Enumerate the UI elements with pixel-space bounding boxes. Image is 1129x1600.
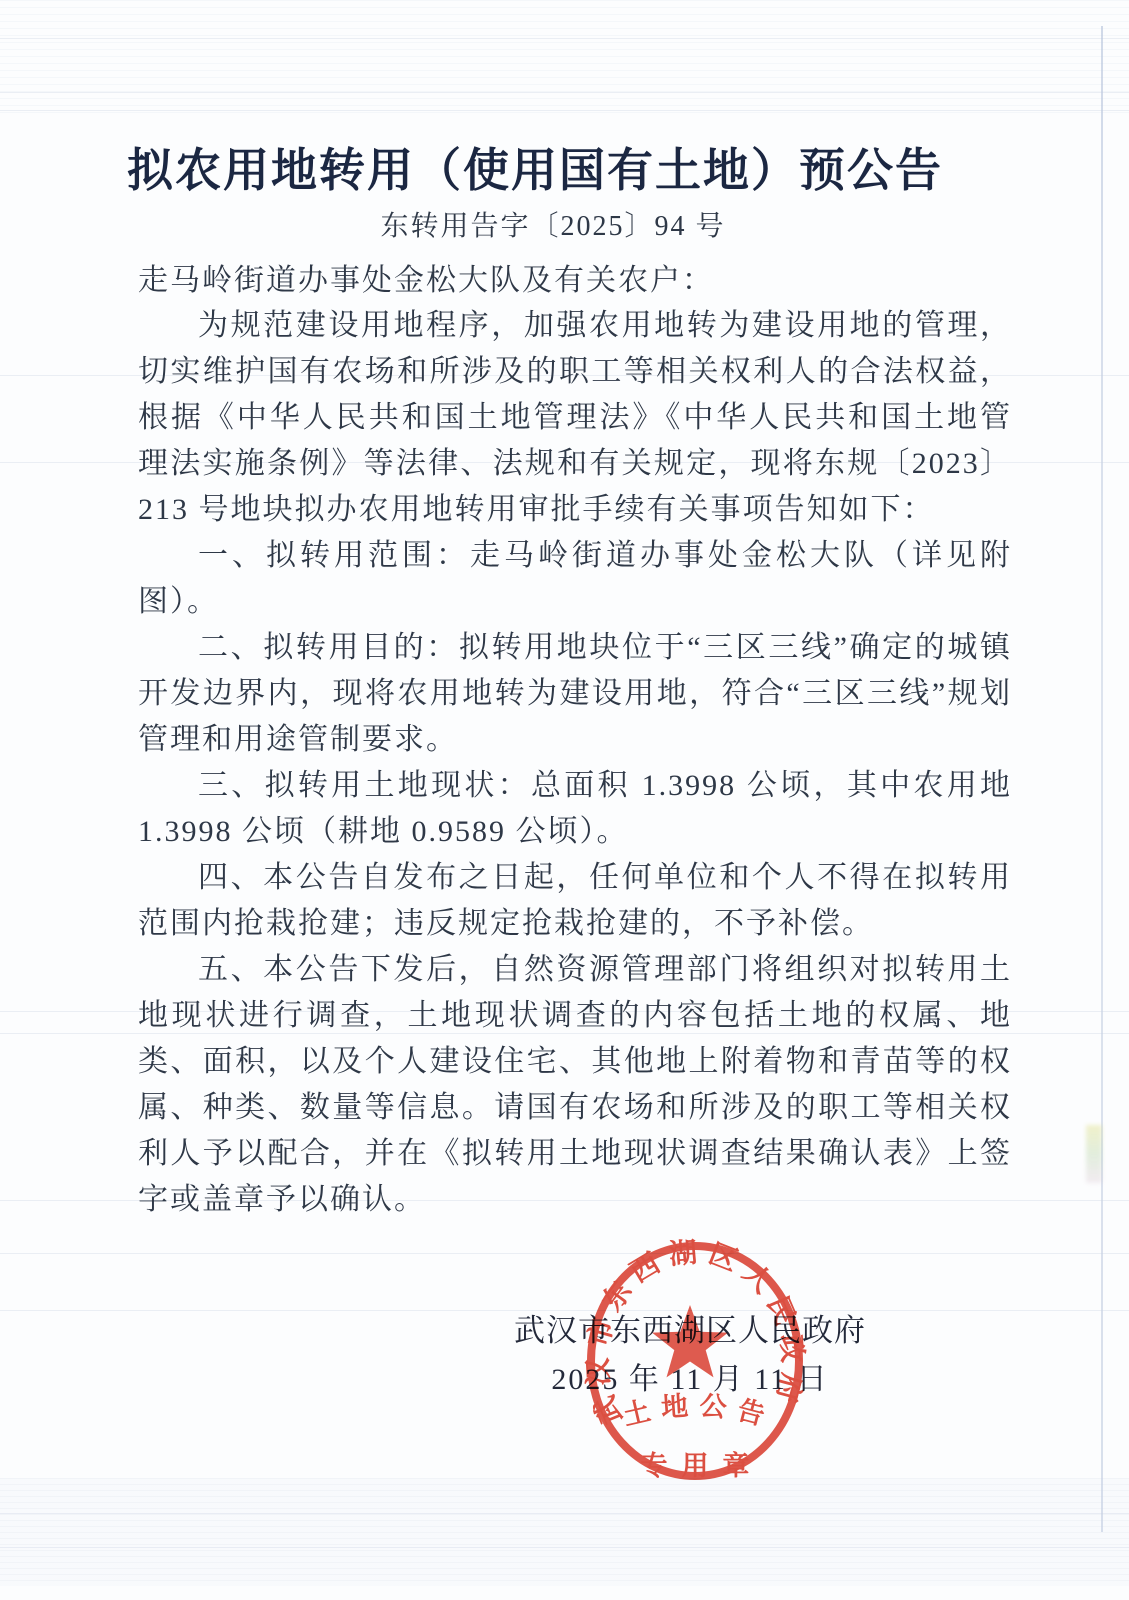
body-paragraph: 一、拟转用范围：走马岭街道办事处金松大队（详见附图）。 [138, 533, 1012, 625]
scan-artifact-line [0, 110, 1129, 111]
body-paragraph: 五、本公告下发后，自然资源管理部门将组织对拟转用土地现状进行调查，土地现状调查的… [138, 947, 1012, 1223]
signature-block: 武汉市东西湖区人民政府 2025 年 11 月 11 日 [440, 1314, 940, 1397]
scan-artifact-line [0, 38, 1129, 39]
scan-noise-band-bottom [0, 1478, 1129, 1586]
scan-artifact-line [0, 1253, 1129, 1254]
scan-artifact-line [0, 92, 1129, 93]
scan-artifact-line [0, 1513, 1129, 1514]
body-paragraph: 四、本公告自发布之日起，任何单位和个人不得在拟转用范围内抢栽抢建；违反规定抢栽抢… [138, 855, 1012, 947]
scan-artifact-line [0, 1547, 1129, 1548]
body-paragraph: 二、拟转用目的：拟转用地块位于“三区三线”确定的城镇开发边界内，现将农用地转为建… [138, 625, 1012, 763]
signature-date: 2025 年 11 月 11 日 [440, 1363, 940, 1397]
document-body: 为规范建设用地程序，加强农用地转为建设用地的管理，切实维护国有农场和所涉及的职工… [138, 303, 1012, 1223]
document-title: 拟农用地转用（使用国有土地）预公告 [0, 134, 1070, 200]
scan-page-edge-line [1101, 26, 1103, 1532]
scan-color-smudge [1086, 1125, 1102, 1183]
seal-inner-text-line2: 专用章 [641, 1450, 764, 1481]
salutation: 走马岭街道办事处金松大队及有关农户： [138, 255, 714, 299]
signature-issuer: 武汉市东西湖区人民政府 [440, 1314, 940, 1348]
scan-noise-band-top [0, 0, 1129, 118]
scan-artifact-line [0, 1310, 1129, 1311]
scanned-notice-page: 拟农用地转用（使用国有土地）预公告 东转用告字〔2025〕94 号 走马岭街道办… [0, 0, 1129, 1600]
body-paragraph: 为规范建设用地程序，加强农用地转为建设用地的管理，切实维护国有农场和所涉及的职工… [138, 303, 1012, 533]
document-number: 东转用告字〔2025〕94 号 [0, 204, 1106, 244]
body-paragraph: 三、拟转用土地现状：总面积 1.3998 公顷，其中农用地 1.3998 公顷（… [138, 763, 1012, 855]
